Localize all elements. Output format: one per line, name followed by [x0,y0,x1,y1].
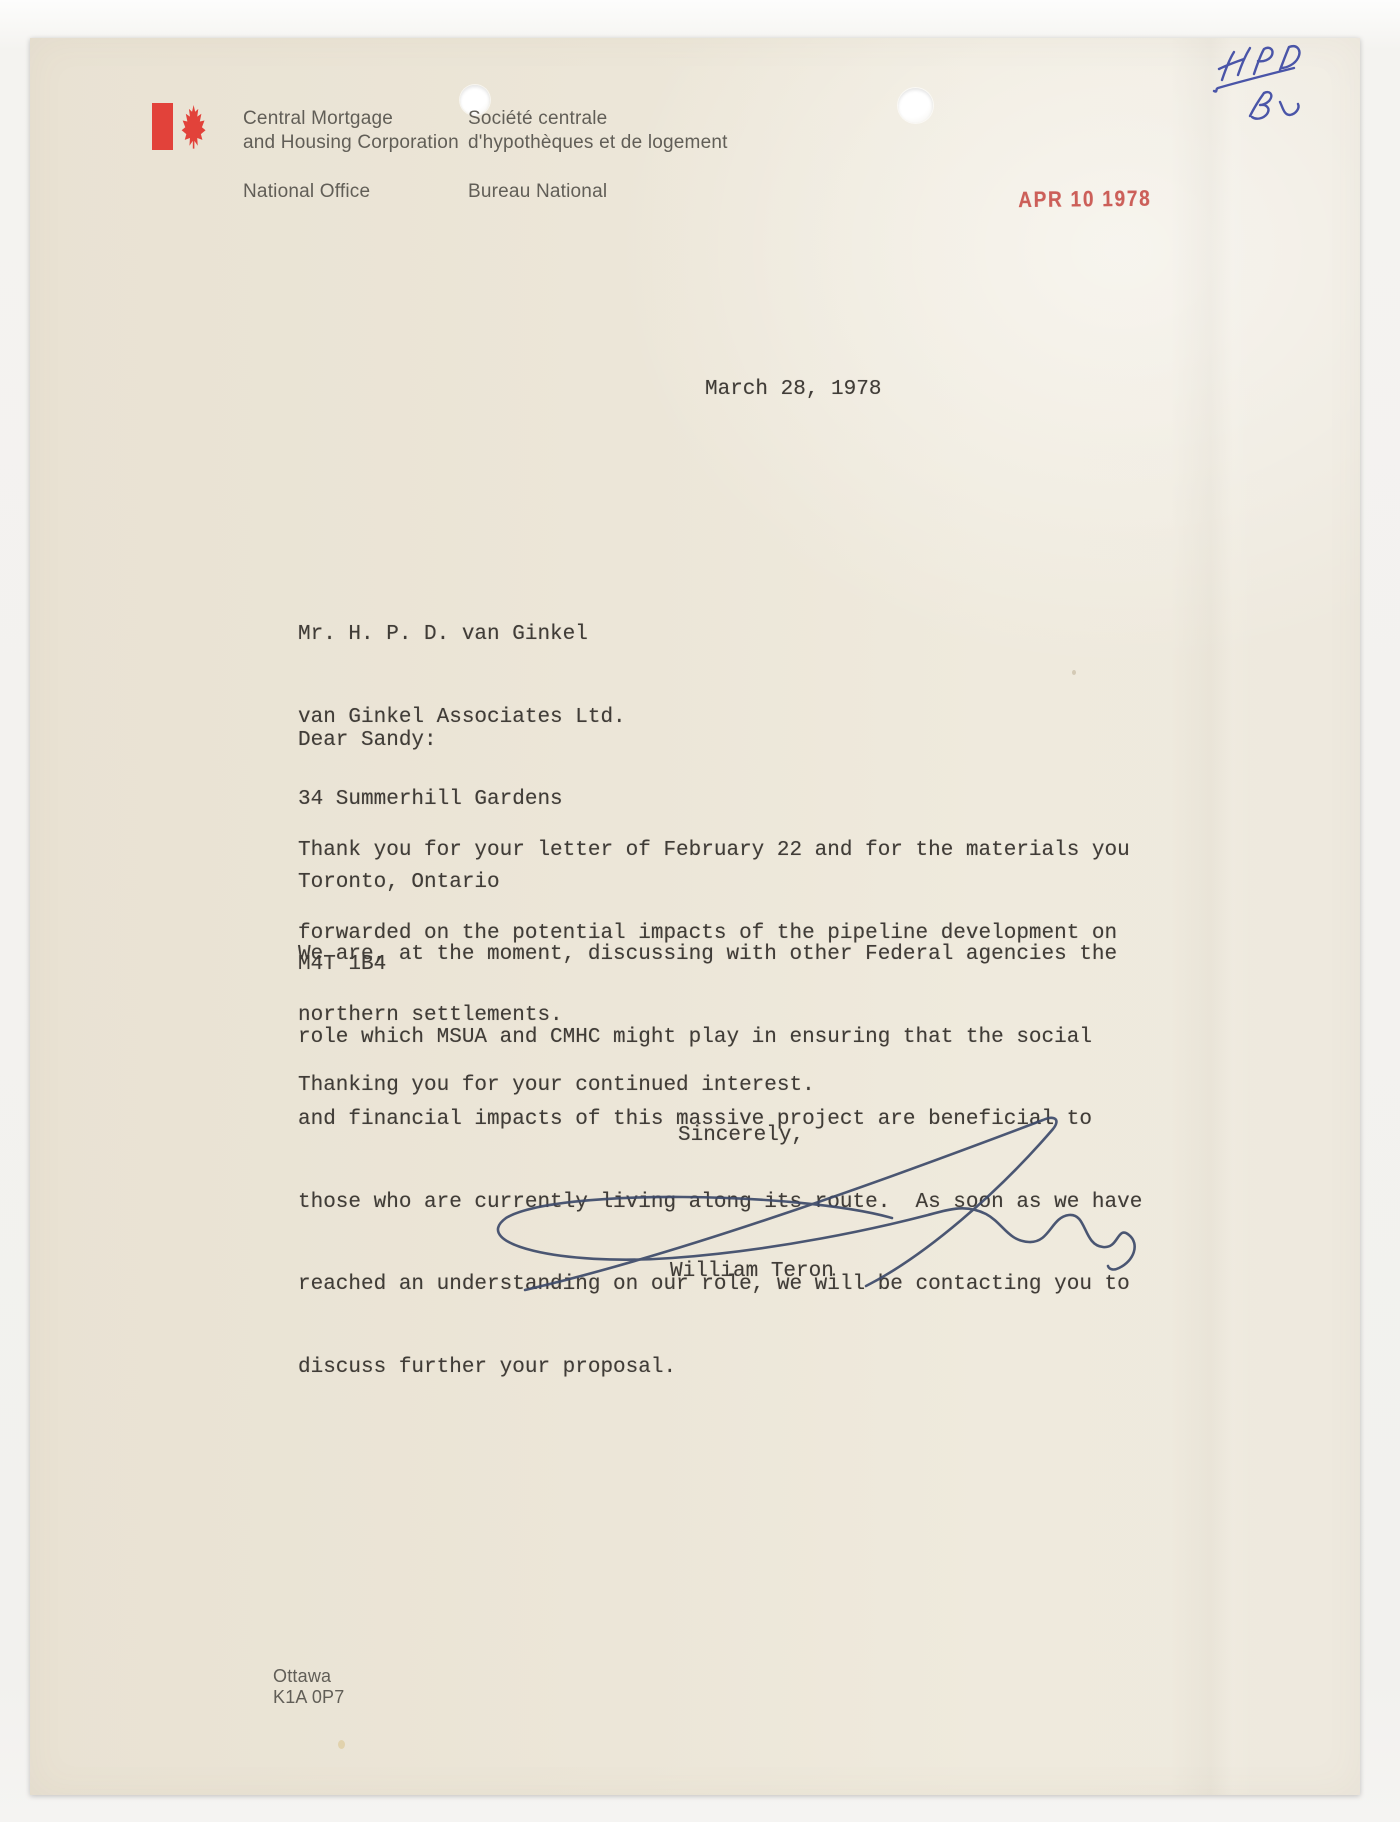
handwritten-note-strokes [1208,44,1338,136]
office-english: National Office [243,180,370,204]
received-date-stamp: APR 10 1978 [1018,187,1152,214]
paper-speck [1072,670,1076,675]
paragraph-line: role which MSUA and CMHC might play in e… [298,1024,1142,1052]
office-french: Bureau National [468,180,607,204]
paragraph-line: discuss further your proposal. [298,1354,1142,1382]
salutation: Dear Sandy: [298,727,437,755]
footer-postal-code: K1A 0P7 [273,1687,344,1708]
paragraph-line: We are, at the moment, discussing with o… [298,941,1142,969]
body-paragraph-3: Thanking you for your continued interest… [298,1072,815,1100]
org-en-line2: and Housing Corporation [243,131,459,155]
handwritten-note: HPD BL [1208,44,1338,136]
signer-name: William Teron [670,1258,834,1286]
letter-date: March 28, 1978 [705,376,881,404]
footer-city: Ottawa [273,1666,344,1687]
org-fr-line1: Société centrale [468,107,728,131]
body-paragraph-2: We are, at the moment, discussing with o… [298,886,1142,1436]
canada-flag-icon [152,101,216,153]
paper-crease [1170,38,1260,1795]
org-name-french: Société centrale d'hypothèques et de log… [468,107,728,154]
punch-hole-right [898,88,933,123]
closing: Sincerely, [678,1122,804,1150]
org-fr-line2: d'hypothèques et de logement [468,131,728,155]
letter-page: Central Mortgage and Housing Corporation… [30,38,1360,1795]
recipient-name: Mr. H. P. D. van Ginkel [298,621,626,649]
paragraph-line: Thank you for your letter of February 22… [298,837,1130,865]
org-name-english: Central Mortgage and Housing Corporation [243,107,459,154]
scanned-letter-screenshot: { "letterhead": { "flag_icon": "canada-f… [0,0,1400,1822]
org-en-line1: Central Mortgage [243,107,459,131]
footer-address: Ottawa K1A 0P7 [273,1666,344,1708]
paper-fleck [338,1740,345,1749]
paragraph-line: those who are currently living along its… [298,1189,1142,1217]
